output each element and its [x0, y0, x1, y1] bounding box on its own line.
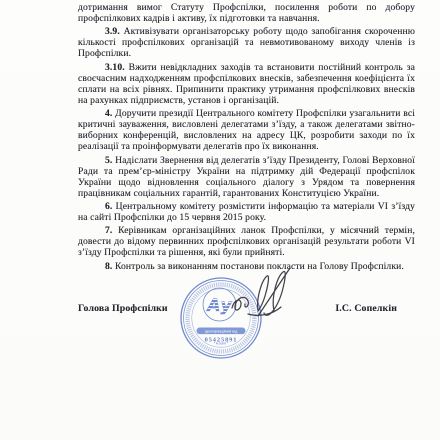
- paragraph-3-9: 3.9. Активізувати організаторську роботу…: [78, 26, 415, 59]
- signer-name: І.С. Сопелкін: [335, 303, 397, 314]
- paragraph-number: 4.: [105, 108, 112, 119]
- paragraph-text: Центральному комітету розмістити інформа…: [78, 201, 415, 223]
- paragraph-continuation: дотримання вимог Статуту Профспілки, пос…: [78, 2, 415, 24]
- paragraph-number: 5.: [105, 155, 112, 166]
- scanned-document-page: дотримання вимог Статуту Профспілки, пос…: [0, 0, 440, 440]
- paragraph-4: 4. Доручити президії Центрального коміте…: [78, 108, 415, 152]
- paragraph-text: Надіслати Звернення від делегатів з’їзду…: [78, 155, 415, 199]
- paragraph-6: 6. Центральному комітету розмістити інфо…: [78, 201, 415, 223]
- paragraph-number: 6.: [105, 201, 112, 212]
- paragraph-number: 7.: [105, 225, 112, 236]
- paragraph-3-10: 3.10. Вжити невідкладних заходів та вста…: [78, 62, 415, 106]
- paragraph-number: 3.10.: [105, 62, 125, 73]
- paragraph-7: 7. Керівникам організаційних ланок Профс…: [78, 225, 415, 258]
- paragraph-number: 3.9.: [105, 26, 120, 37]
- paragraph-text: Керівникам організаційних ланок Профспіл…: [78, 225, 415, 258]
- signature-row: Голова Профспілки І.С. Сопелкін: [78, 303, 397, 314]
- signer-title: Голова Профспілки: [78, 303, 168, 314]
- paragraph-text: Вжити невідкладних заходів та встановити…: [78, 62, 415, 106]
- paragraph-5: 5. Надіслати Звернення від делегатів з’ї…: [78, 155, 415, 199]
- resolution-text-block: дотримання вимог Статуту Профспілки, пос…: [78, 2, 415, 274]
- paragraph-text: Активізувати організаторську роботу щодо…: [78, 26, 415, 59]
- paragraph-text: дотримання вимог Статуту Профспілки, пос…: [78, 2, 415, 24]
- seal-band-label: ідентифікаційний код: [205, 329, 238, 333]
- paragraph-number: 8.: [105, 261, 112, 272]
- paragraph-text: Доручити президії Центрального комітету …: [78, 108, 415, 152]
